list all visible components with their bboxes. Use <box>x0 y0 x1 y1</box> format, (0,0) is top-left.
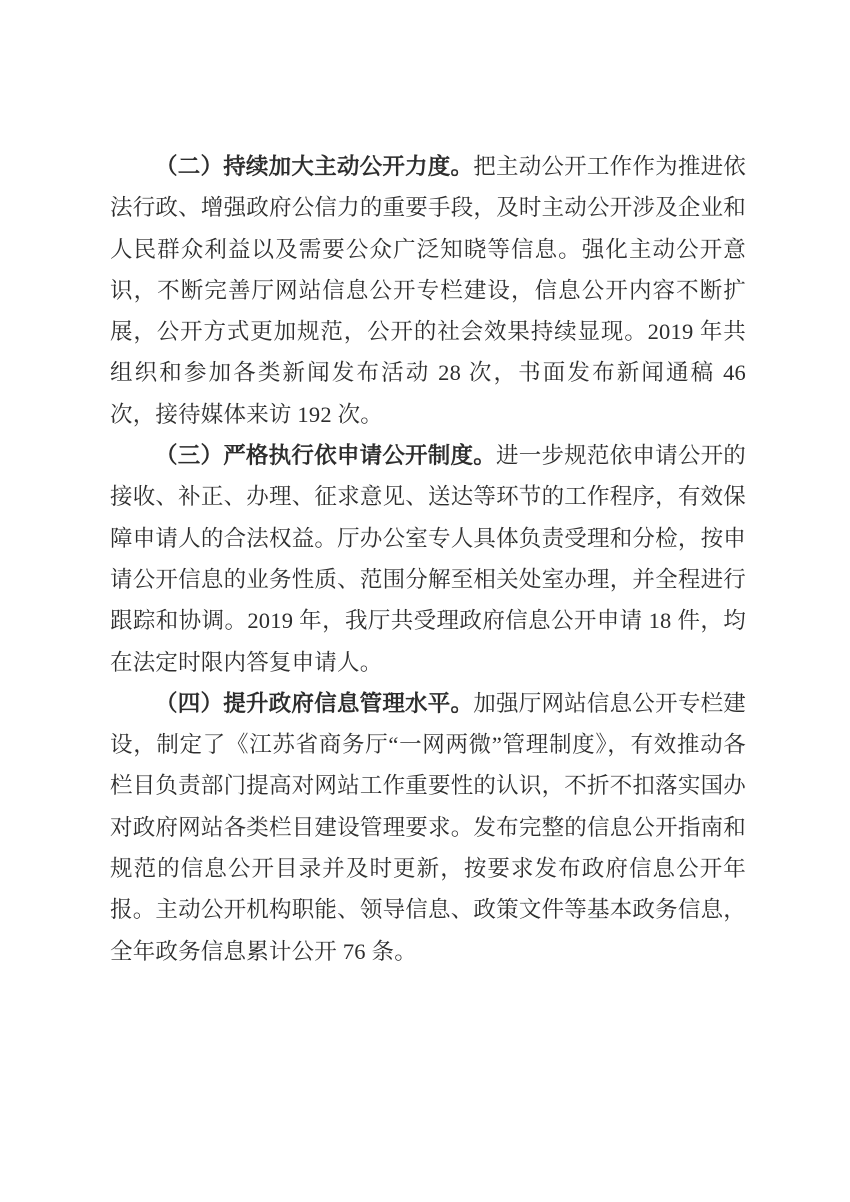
paragraph-section-2-heading: （二）持续加大主动公开力度。 <box>155 154 473 179</box>
paragraph-section-3-body: 进一步规范依申请公开的接收、补正、办理、征求意见、送达等环节的工作程序，有效保障… <box>110 443 746 674</box>
paragraph-section-2-body: 把主动公开工作作为推进依法行政、增强政府公信力的重要手段，及时主动公开涉及企业和… <box>110 154 746 427</box>
document-page: （二）持续加大主动公开力度。把主动公开工作作为推进依法行政、增强政府公信力的重要… <box>0 0 850 1202</box>
paragraph-section-4: （四）提升政府信息管理水平。加强厅网站信息公开专栏建设，制定了《江苏省商务厅“一… <box>110 683 746 972</box>
paragraph-section-4-body: 加强厅网站信息公开专栏建设，制定了《江苏省商务厅“一网两微”管理制度》，有效推动… <box>110 691 746 964</box>
document-text-block: （二）持续加大主动公开力度。把主动公开工作作为推进依法行政、增强政府公信力的重要… <box>110 146 746 972</box>
paragraph-section-3: （三）严格执行依申请公开制度。进一步规范依申请公开的接收、补正、办理、征求意见、… <box>110 435 746 683</box>
paragraph-section-3-heading: （三）严格执行依申请公开制度。 <box>155 443 496 468</box>
paragraph-section-2: （二）持续加大主动公开力度。把主动公开工作作为推进依法行政、增强政府公信力的重要… <box>110 146 746 435</box>
paragraph-section-4-heading: （四）提升政府信息管理水平。 <box>155 691 473 716</box>
